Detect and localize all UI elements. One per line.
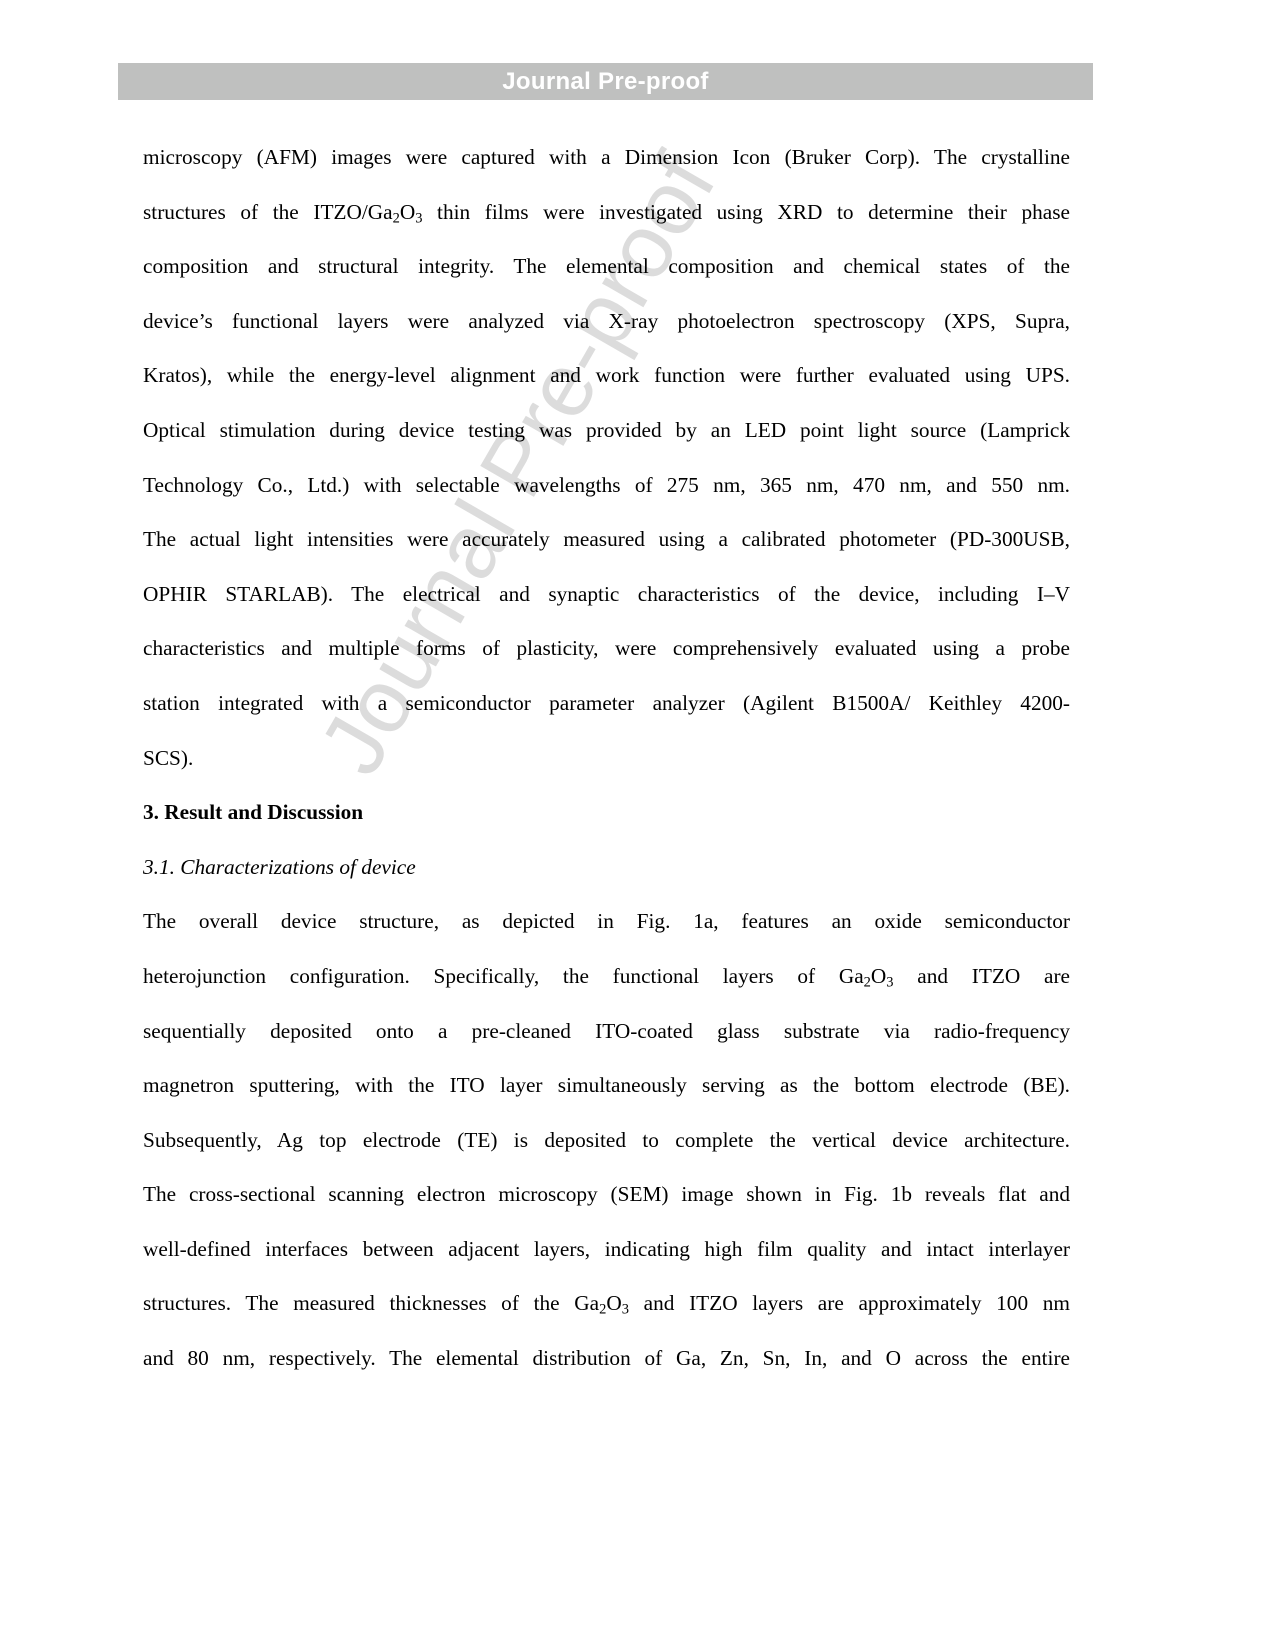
text-line: device’s functional layers were analyzed… [143, 302, 1070, 357]
text-line: structures. The measured thicknesses of … [143, 1284, 1070, 1339]
text-line: The actual light intensities were accura… [143, 520, 1070, 575]
text-line: and 80 nm, respectively. The elemental d… [143, 1339, 1070, 1394]
text-line: magnetron sputtering, with the ITO layer… [143, 1066, 1070, 1121]
body-text: microscopy (AFM) images were captured wi… [143, 138, 1070, 1394]
subsection-heading: 3.1. Characterizations of device [143, 848, 1070, 903]
text-line: Optical stimulation during device testin… [143, 411, 1070, 466]
journal-preproof-banner: Journal Pre-proof [118, 63, 1093, 100]
text-line: heterojunction configuration. Specifical… [143, 957, 1070, 1012]
text-line: OPHIR STARLAB). The electrical and synap… [143, 575, 1070, 630]
text-line: structures of the ITZO/Ga2O3 thin films … [143, 193, 1070, 248]
text-line: The overall device structure, as depicte… [143, 902, 1070, 957]
document-page: Journal Pre-proof Journal Pre-proof micr… [0, 0, 1275, 1650]
text-line: microscopy (AFM) images were captured wi… [143, 138, 1070, 193]
text-line: Technology Co., Ltd.) with selectable wa… [143, 466, 1070, 521]
text-line: composition and structural integrity. Th… [143, 247, 1070, 302]
text-line: characteristics and multiple forms of pl… [143, 629, 1070, 684]
text-line: station integrated with a semiconductor … [143, 684, 1070, 739]
text-line: Subsequently, Ag top electrode (TE) is d… [143, 1121, 1070, 1176]
text-line: SCS). [143, 739, 1070, 794]
text-line: sequentially deposited onto a pre-cleane… [143, 1012, 1070, 1067]
text-line: well-defined interfaces between adjacent… [143, 1230, 1070, 1285]
text-line: The cross-sectional scanning electron mi… [143, 1175, 1070, 1230]
text-line: Kratos), while the energy-level alignmen… [143, 356, 1070, 411]
section-heading: 3. Result and Discussion [143, 793, 1070, 848]
